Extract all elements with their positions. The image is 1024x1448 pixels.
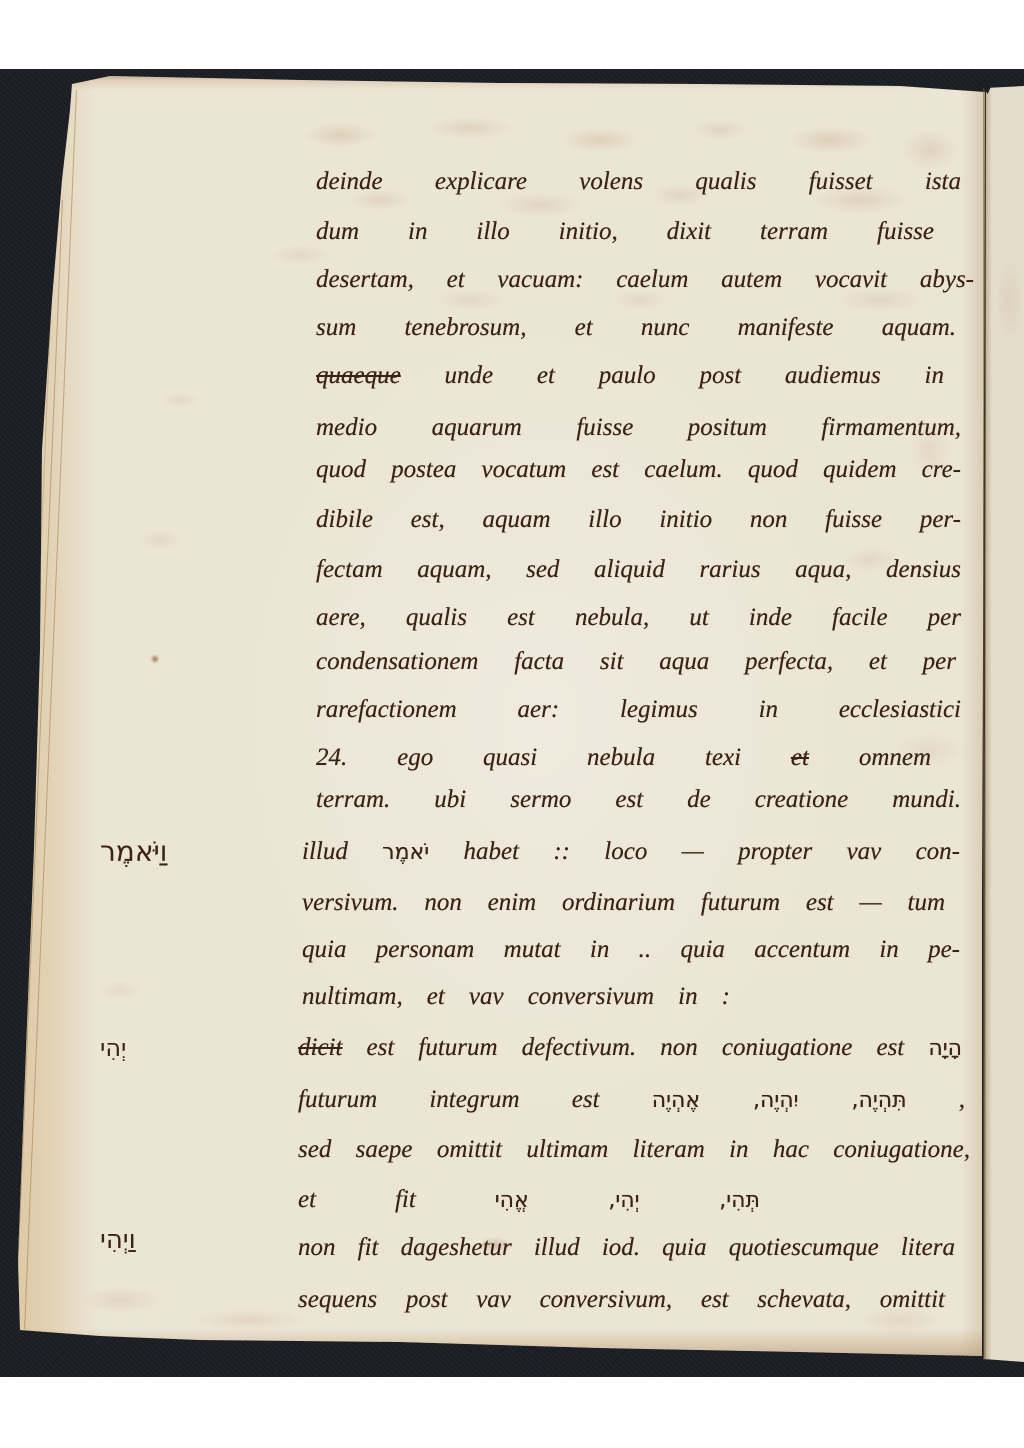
latin-text: sum tenebrosum, et nunc manifeste aquam. xyxy=(316,314,956,341)
manuscript-line: illud יֹאמֶר habet :: loco — propter vav… xyxy=(302,832,960,872)
latin-text: sequens post vav conversivum, est scheva… xyxy=(298,1286,945,1313)
latin-text: condensationem facta sit aqua perfecta, … xyxy=(316,648,956,675)
latin-text: dibile est, aquam illo initio non fuisse… xyxy=(316,506,961,533)
manuscript-line: et fit תְּהִי, יְהִי, אֱהִי xyxy=(298,1180,760,1220)
manuscript-line: 24. ego quasi nebula texi et omnem xyxy=(316,738,931,778)
margin-note-hebrew: וַיֹּאמֶר xyxy=(100,830,240,874)
manuscript-line: sequens post vav conversivum, est scheva… xyxy=(298,1280,945,1320)
manuscript-line: terram. ubi sermo est de creatione mundi… xyxy=(316,780,961,820)
latin-text: aere, qualis est nebula, ut inde facile … xyxy=(316,604,961,631)
manuscript-line: futurum integrum est תִּהְיֶה, יִהְיֶה, … xyxy=(298,1080,965,1120)
hebrew-word: הָיָה xyxy=(928,1036,962,1061)
manuscript-line: dicit est futurum defectivum. non coniug… xyxy=(298,1028,962,1068)
latin-text: illud xyxy=(302,838,348,865)
manuscript-line: dibile est, aquam illo initio non fuisse… xyxy=(316,500,961,540)
manuscript-line: quaeque unde et paulo post audiemus in xyxy=(316,356,944,396)
manuscript-line: versivum. non enim ordinarium futurum es… xyxy=(302,883,945,923)
latin-text: quia personam mutat in .. quia accentum … xyxy=(302,936,960,963)
latin-text: fectam aquam, sed aliquid rarius aqua, d… xyxy=(316,556,961,583)
latin-text: desertam, et vacuam: caelum autem vocavi… xyxy=(316,266,974,293)
latin-text: habet :: loco — propter vav con- xyxy=(463,838,960,865)
struck-word: dicit xyxy=(298,1034,342,1061)
latin-text: 24. ego quasi nebula texi xyxy=(316,744,741,771)
latin-text: omnem xyxy=(859,744,931,771)
latin-text: versivum. non enim ordinarium futurum es… xyxy=(302,889,945,916)
hebrew-word: יֹאמֶר xyxy=(382,840,429,865)
struck-word: quaeque xyxy=(316,362,401,389)
latin-text: rarefactionem aer: legimus in ecclesiast… xyxy=(316,696,961,723)
manuscript-line: medio aquarum fuisse positum firmamentum… xyxy=(316,408,961,448)
manuscript-line: deinde explicare volens qualis fuisset i… xyxy=(316,162,961,202)
manuscript-line: dum in illo initio, dixit terram fuisse xyxy=(316,212,934,252)
latin-text: non fit dageshetur illud iod. quia quoti… xyxy=(298,1234,955,1261)
manuscript-line: quod postea vocatum est caelum. quod qui… xyxy=(316,450,961,490)
margin-note-hebrew: יְהִי xyxy=(100,1026,240,1070)
margin-note-hebrew: וַיְהִי xyxy=(100,1218,240,1262)
latin-text: futurum integrum est xyxy=(298,1086,600,1113)
manuscript-page: וַיֹּאמֶר יְהִי וַיְהִי deinde explicare… xyxy=(0,0,1024,1448)
latin-text: deinde explicare volens qualis fuisset i… xyxy=(316,168,961,195)
latin-text: sed saepe omittit ultimam literam in hac… xyxy=(298,1136,970,1163)
hebrew-forms: תִּהְיֶה, יִהְיֶה, אֶהְיֶה xyxy=(652,1088,907,1113)
latin-text: dum in illo initio, dixit terram fuisse xyxy=(316,218,934,245)
manuscript-line: fectam aquam, sed aliquid rarius aqua, d… xyxy=(316,550,961,590)
latin-text: est futurum defectivum. non coniugatione… xyxy=(367,1034,905,1061)
latin-text: unde et paulo post audiemus in xyxy=(445,362,945,389)
manuscript-line: rarefactionem aer: legimus in ecclesiast… xyxy=(316,690,961,730)
punctuation: , xyxy=(959,1086,965,1113)
page-fold xyxy=(983,86,986,1360)
manuscript-line: desertam, et vacuam: caelum autem vocavi… xyxy=(316,260,974,300)
latin-text: quod postea vocatum est caelum. quod qui… xyxy=(316,456,961,483)
latin-text: nultimam, et vav conversivum in : xyxy=(302,983,730,1010)
manuscript-line: quia personam mutat in .. quia accentum … xyxy=(302,930,960,970)
manuscript-line: sum tenebrosum, et nunc manifeste aquam. xyxy=(316,308,956,348)
latin-text: medio aquarum fuisse positum firmamentum… xyxy=(316,414,961,441)
manuscript-line: nultimam, et vav conversivum in : xyxy=(302,977,730,1017)
struck-word: et xyxy=(791,744,809,771)
manuscript-line: aere, qualis est nebula, ut inde facile … xyxy=(316,598,961,638)
manuscript-line: non fit dageshetur illud iod. quia quoti… xyxy=(298,1228,955,1268)
latin-text: et fit xyxy=(298,1186,416,1213)
manuscript-line: sed saepe omittit ultimam literam in hac… xyxy=(298,1130,970,1170)
latin-text: terram. ubi sermo est de creatione mundi… xyxy=(316,786,961,813)
hebrew-forms: תְּהִי, יְהִי, אֱהִי xyxy=(495,1188,760,1213)
manuscript-line: condensationem facta sit aqua perfecta, … xyxy=(316,642,956,682)
